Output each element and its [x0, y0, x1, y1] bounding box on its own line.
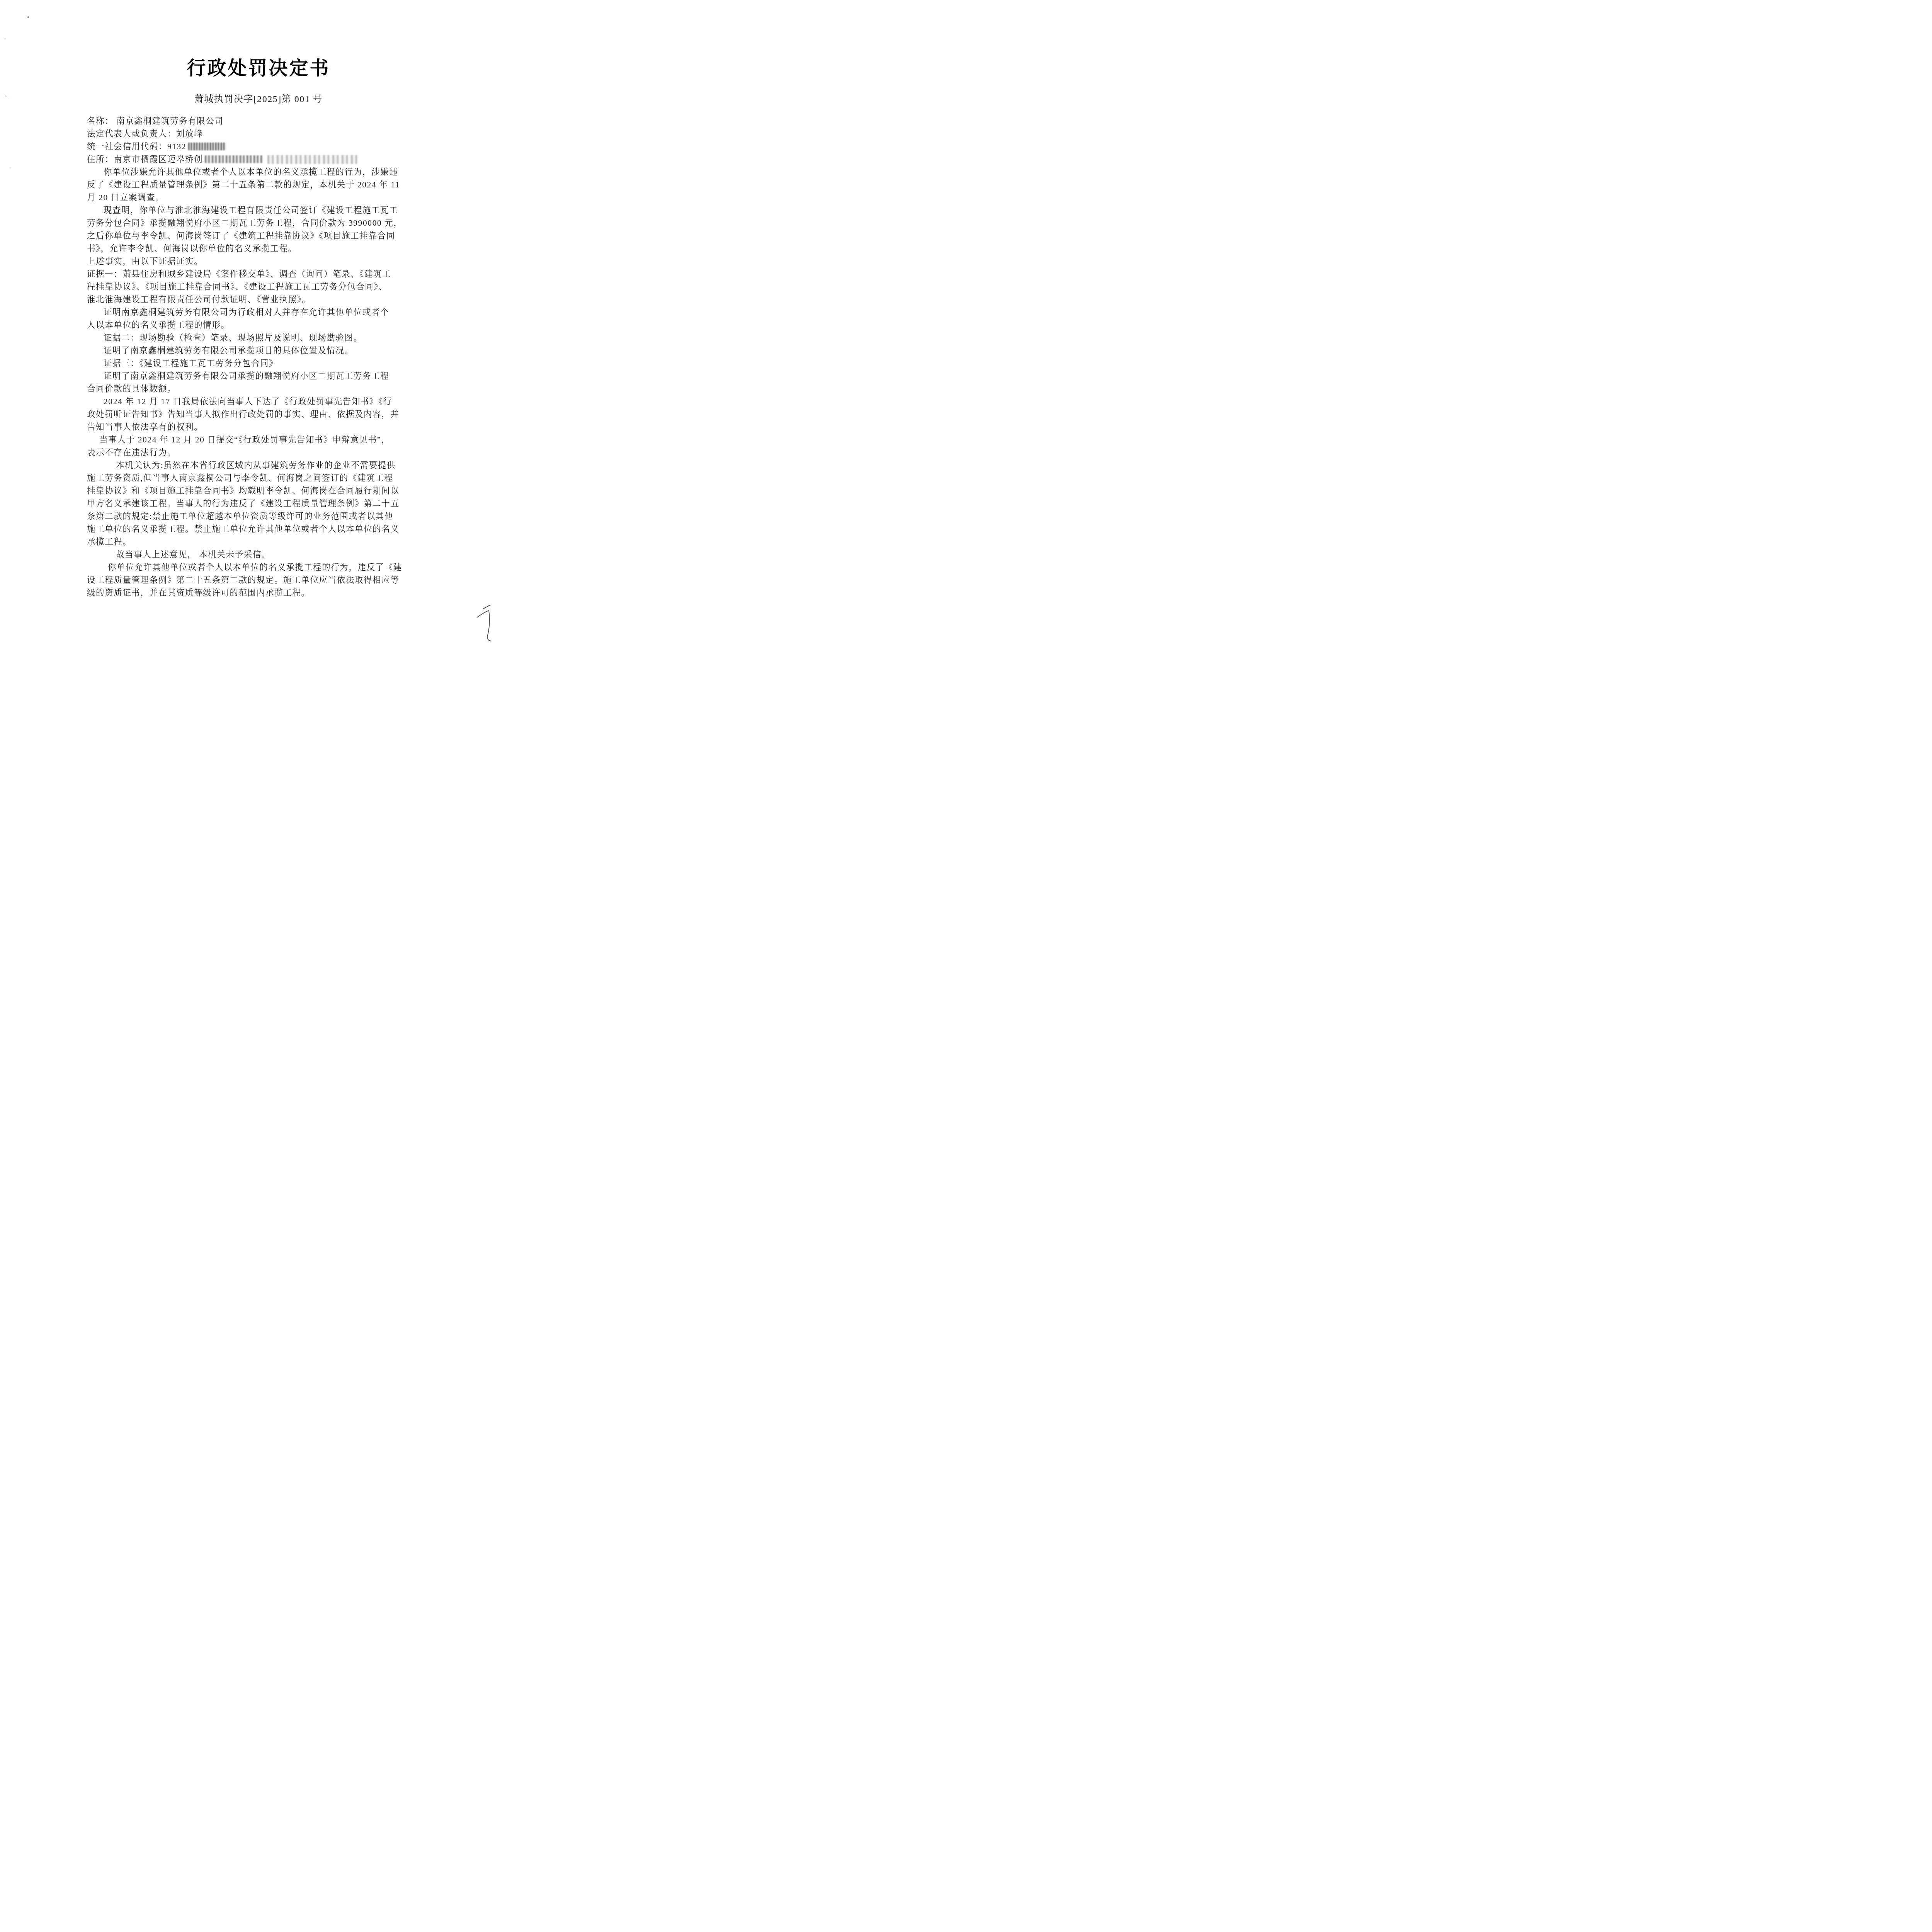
line-text: 表示不存在违法行为。	[87, 448, 176, 457]
line-text: 条第二款的规定:禁止施工单位超越本单位资质等级许可的业务范围或者以其他	[87, 512, 393, 521]
body-line: 挂靠协议》和《项目施工挂靠合同书》均载明李令凯、何海岗在合同履行期间以	[87, 485, 430, 497]
line-text: 故当事人上述意见， 本机关未予采信。	[116, 550, 270, 559]
body-line: 月 20 日立案调查。	[87, 191, 430, 204]
line-text: 当事人于 2024 年 12 月 20 日提交“《行政处罚事先告知书》申辩意见书…	[99, 435, 390, 444]
line-text: 程挂靠协议》、《项目施工挂靠合同书》、《建设工程施工瓦工劳务分包合同》、	[87, 282, 388, 291]
body-line: 淮北淮海建设工程有限责任公司付款证明、《营业执照》。	[87, 293, 430, 306]
line-text: 级的资质证书，并在其资质等级许可的范围内承揽工程。	[87, 588, 310, 597]
redacted-address-smudge	[205, 155, 263, 163]
line-text: 证据二：现场勘验（检查）笔录、现场照片及说明、现场勘验图。	[104, 333, 362, 342]
line-text: 合同价款的具体数额。	[87, 384, 176, 393]
body-line: 证明了南京鑫桐建筑劳务有限公司承揽的融翔悦府小区二期瓦工劳务工程	[87, 370, 430, 383]
line-text: 现查明，你单位与淮北淮海建设工程有限责任公司签订《建设工程施工瓦工	[104, 206, 398, 215]
line-text: 承揽工程。	[87, 537, 132, 546]
line-text: 证明了南京鑫桐建筑劳务有限公司承揽项目的具体位置及情况。	[104, 346, 354, 355]
line-text: 甲方名义承建该工程。当事人的行为违反了《建设工程质量管理条例》第二十五	[87, 499, 400, 508]
body-line: 表示不存在违法行为。	[87, 446, 430, 459]
line-text: 之后你单位与李令凯、何海岗签订了《建筑工程挂靠协议》《项目施工挂靠合同	[87, 231, 395, 240]
scan-speck	[4, 38, 6, 39]
line-text: 告知当事人依法享有的权利。	[87, 422, 203, 432]
body-line: 名称： 南京鑫桐建筑劳务有限公司	[87, 115, 430, 128]
body-line: 级的资质证书，并在其资质等级许可的范围内承揽工程。	[87, 587, 430, 599]
body-line: 施工劳务资质,但当事人南京鑫桐公司与李令凯、何海岗之间签订的《建筑工程	[87, 472, 430, 485]
line-text: 反了《建设工程质量管理条例》第二十五条第二款的规定，本机关于 2024 年 11	[87, 180, 400, 189]
body-line: 证据三：《建设工程施工瓦工劳务分包合同》	[87, 357, 430, 370]
line-text: 劳务分包合同》承揽融翔悦府小区二期瓦工劳务工程，合同价款为 3990000 元，	[87, 218, 403, 228]
body-line: 你单位涉嫌允许其他单位或者个人以本单位的名义承揽工程的行为，涉嫌违	[87, 166, 430, 179]
line-text: 证明南京鑫桐建筑劳务有限公司为行政相对人并存在允许其他单位或者个	[104, 308, 389, 317]
body-line: 书》，允许李令凯、何海岗以你单位的名义承揽工程。	[87, 242, 430, 255]
line-text: 名称： 南京鑫桐建筑劳务有限公司	[87, 116, 223, 126]
body-line: 你单位允许其他单位或者个人以本单位的名义承揽工程的行为，违反了《建	[87, 561, 430, 574]
body-line: 故当事人上述意见， 本机关未予采信。	[87, 548, 430, 561]
body-line: 统一社会信用代码：9132	[87, 140, 430, 153]
scan-speck	[10, 167, 10, 168]
body-line: 设工程质量管理条例》第二十五条第二款的规定。施工单位应当依法取得相应等	[87, 574, 430, 587]
body-line: 条第二款的规定:禁止施工单位超越本单位资质等级许可的业务范围或者以其他	[87, 510, 430, 523]
line-text: 你单位涉嫌允许其他单位或者个人以本单位的名义承揽工程的行为，涉嫌违	[104, 167, 398, 177]
redacted-credit-code-smudge	[188, 143, 226, 150]
body-line: 程挂靠协议》、《项目施工挂靠合同书》、《建设工程施工瓦工劳务分包合同》、	[87, 281, 430, 293]
body-line: 现查明，你单位与淮北淮海建设工程有限责任公司签订《建设工程施工瓦工	[87, 204, 430, 217]
line-text: 人以本单位的名义承揽工程的情形。	[87, 320, 230, 330]
body-line: 告知当事人依法享有的权利。	[87, 421, 430, 434]
line-text: 政处罚听证告知书》告知当事人拟作出行政处罚的事实、理由、依据及内容，并	[87, 410, 400, 419]
body-line: 证明南京鑫桐建筑劳务有限公司为行政相对人并存在允许其他单位或者个	[87, 306, 430, 319]
body-line: 人以本单位的名义承揽工程的情形。	[87, 319, 430, 332]
body-line: 住所：南京市栖霞区迈皋桥创	[87, 153, 430, 166]
body-line: 当事人于 2024 年 12 月 20 日提交“《行政处罚事先告知书》申辩意见书…	[87, 434, 430, 446]
body-line: 本机关认为:虽然在本省行政区域内从事建筑劳务作业的企业不需要提供	[87, 459, 430, 472]
line-text: 设工程质量管理条例》第二十五条第二款的规定。施工单位应当依法取得相应等	[87, 575, 400, 585]
document-number: 萧城执罚决字[2025]第 001 号	[87, 91, 430, 105]
handwritten-pen-mark	[477, 605, 493, 645]
document-title: 行政处罚决定书	[87, 0, 430, 80]
line-text: 本机关认为:虽然在本省行政区域内从事建筑劳务作业的企业不需要提供	[116, 461, 396, 470]
scan-speck	[5, 95, 7, 97]
line-text: 你单位允许其他单位或者个人以本单位的名义承揽工程的行为，违反了《建	[108, 563, 402, 572]
body-line: 劳务分包合同》承揽融翔悦府小区二期瓦工劳务工程，合同价款为 3990000 元，	[87, 217, 430, 230]
body-line: 证明了南京鑫桐建筑劳务有限公司承揽项目的具体位置及情况。	[87, 344, 430, 357]
document-header: 行政处罚决定书 萧城执罚决字[2025]第 001 号	[87, 0, 430, 105]
redacted-address-smudge	[267, 155, 358, 164]
body-line: 合同价款的具体数额。	[87, 383, 430, 395]
body-line: 2024 年 12 月 17 日我局依法向当事人下达了《行政处罚事先告知书》《行	[87, 395, 430, 408]
body-line: 法定代表人或负责人：刘放峰	[87, 128, 430, 140]
line-text: 月 20 日立案调查。	[87, 193, 164, 202]
scan-speck	[27, 16, 29, 18]
line-text: 书》，允许李令凯、何海岗以你单位的名义承揽工程。	[87, 244, 297, 253]
body-line: 甲方名义承建该工程。当事人的行为违反了《建设工程质量管理条例》第二十五	[87, 497, 430, 510]
line-text: 法定代表人或负责人：刘放峰	[87, 129, 203, 138]
line-text: 证明了南京鑫桐建筑劳务有限公司承揽的融翔悦府小区二期瓦工劳务工程	[104, 371, 389, 381]
document-body: 名称： 南京鑫桐建筑劳务有限公司 法定代表人或负责人：刘放峰 统一社会信用代码：…	[87, 115, 430, 599]
body-line: 承揽工程。	[87, 536, 430, 548]
line-text: 施工单位的名义承揽工程。禁止施工单位允许其他单位或者个人以本单位的名义	[87, 524, 400, 534]
body-line: 施工单位的名义承揽工程。禁止施工单位允许其他单位或者个人以本单位的名义	[87, 523, 430, 536]
line-text: 2024 年 12 月 17 日我局依法向当事人下达了《行政处罚事先告知书》《行	[104, 397, 392, 406]
line-text: 统一社会信用代码：9132	[87, 142, 186, 151]
line-text: 施工劳务资质,但当事人南京鑫桐公司与李令凯、何海岗之间签订的《建筑工程	[87, 473, 393, 483]
scanned-document-page: 行政处罚决定书 萧城执罚决字[2025]第 001 号 名称： 南京鑫桐建筑劳务…	[0, 0, 493, 678]
line-text: 住所：南京市栖霞区迈皋桥创	[87, 155, 203, 164]
line-text: 挂靠协议》和《项目施工挂靠合同书》均载明李令凯、何海岗在合同履行期间以	[87, 486, 400, 495]
body-line: 政处罚听证告知书》告知当事人拟作出行政处罚的事实、理由、依据及内容，并	[87, 408, 430, 421]
body-line: 上述事实，由以下证据证实。	[87, 255, 430, 268]
line-text: 证据一：萧县住房和城乡建设局《案件移交单》、调查（询问）笔录、《建筑工	[87, 269, 391, 279]
body-line: 之后你单位与李令凯、何海岗签订了《建筑工程挂靠协议》《项目施工挂靠合同	[87, 230, 430, 242]
body-line: 证据二：现场勘验（检查）笔录、现场照片及说明、现场勘验图。	[87, 332, 430, 344]
body-line: 反了《建设工程质量管理条例》第二十五条第二款的规定，本机关于 2024 年 11	[87, 179, 430, 191]
body-line: 证据一：萧县住房和城乡建设局《案件移交单》、调查（询问）笔录、《建筑工	[87, 268, 430, 281]
line-text: 证据三：《建设工程施工瓦工劳务分包合同》	[104, 359, 278, 368]
line-text: 淮北淮海建设工程有限责任公司付款证明、《营业执照》。	[87, 295, 311, 304]
line-text: 上述事实，由以下证据证实。	[87, 257, 203, 266]
